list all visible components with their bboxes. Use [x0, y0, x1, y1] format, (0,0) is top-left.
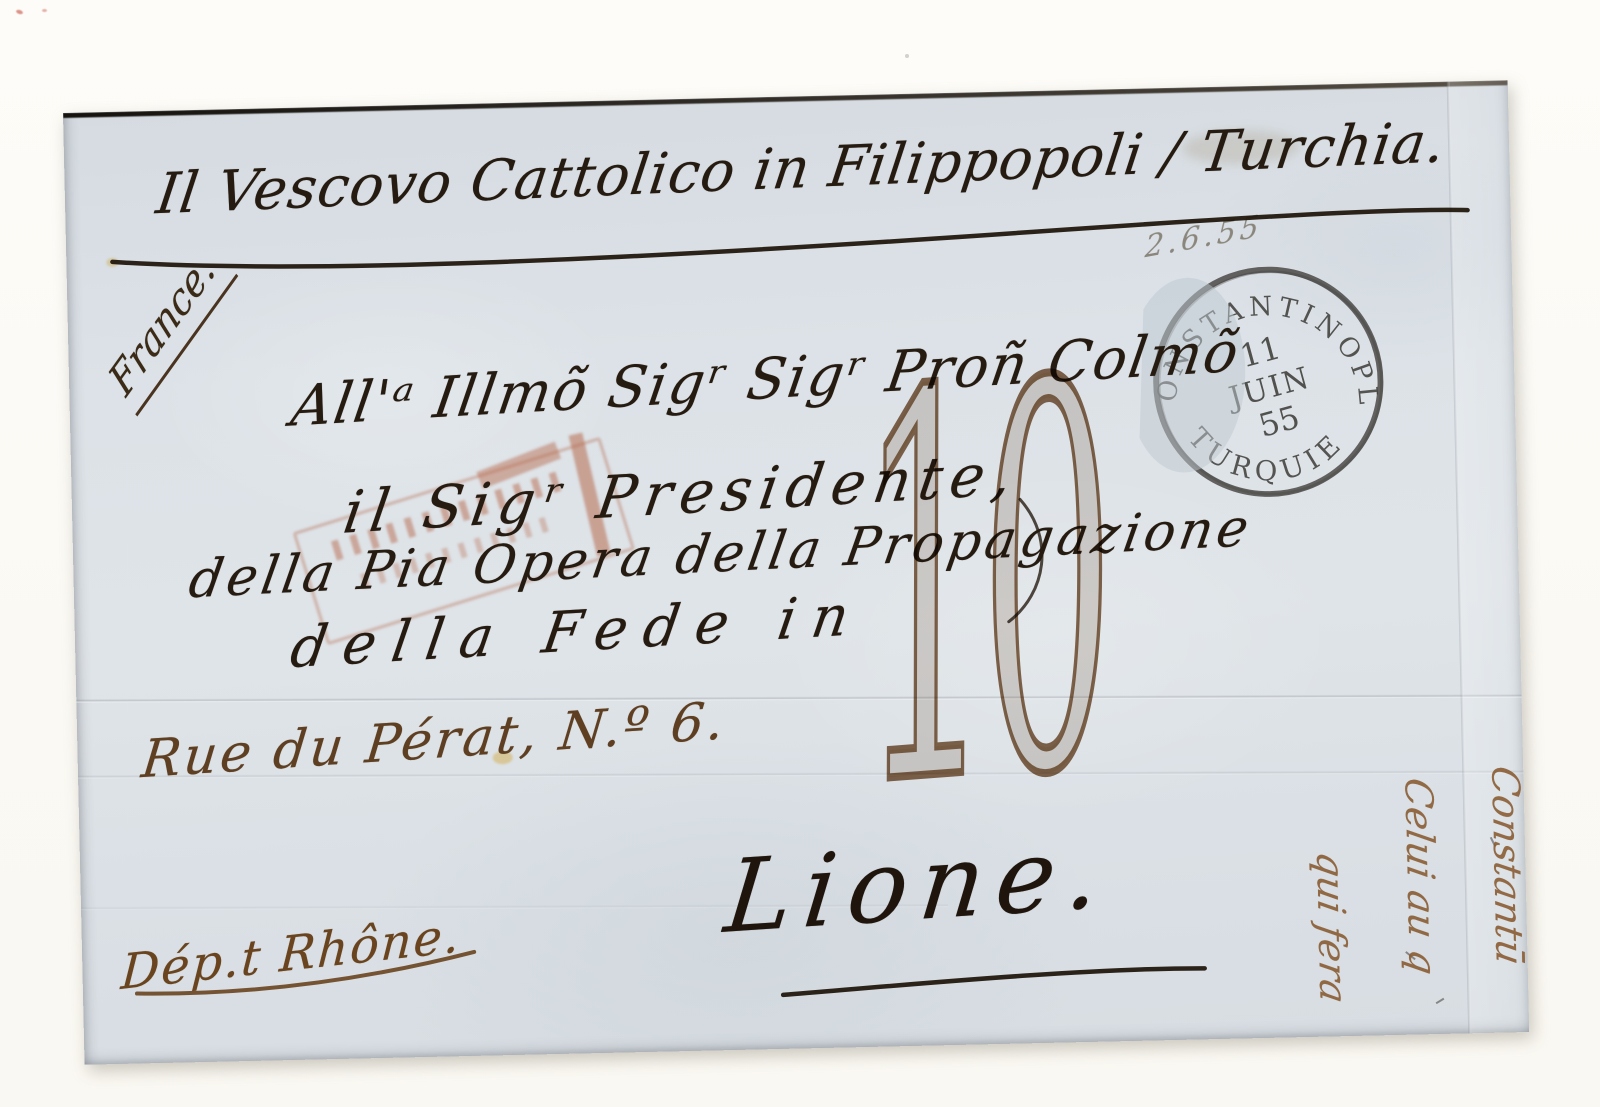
postal-rate-mark: 10 — [840, 315, 1122, 860]
destination-underline — [783, 968, 1205, 995]
side-note-2: Celui au q — [1396, 775, 1447, 1065]
paper-stain — [106, 258, 118, 267]
dust-speck — [905, 54, 909, 58]
street-address-line: Rue du Pérat, N.º 6. — [139, 691, 730, 790]
side-note-1: Constantū — [1483, 763, 1529, 1065]
dust-speck — [42, 9, 47, 12]
side-note-3: qui fera — [1308, 849, 1358, 1065]
letter-sheet: CONSTANTINOPLE TURQUIE 11 JUIN 55 Il Ves… — [63, 80, 1529, 1065]
dust-speck — [16, 9, 24, 15]
scanned-letter-cover: CONSTANTINOPLE TURQUIE 11 JUIN 55 Il Ves… — [0, 0, 1600, 1107]
department-note: Dép.t Rhône. — [119, 907, 463, 1001]
fold-crease-vertical — [1446, 80, 1471, 1043]
address-line-1: All'ᵃ Illmõ Sigʳ Sigʳ Proñ Colmõ — [287, 319, 1245, 439]
fold-crease-horizontal — [66, 694, 1529, 703]
routing-note-france: France. — [79, 215, 259, 434]
